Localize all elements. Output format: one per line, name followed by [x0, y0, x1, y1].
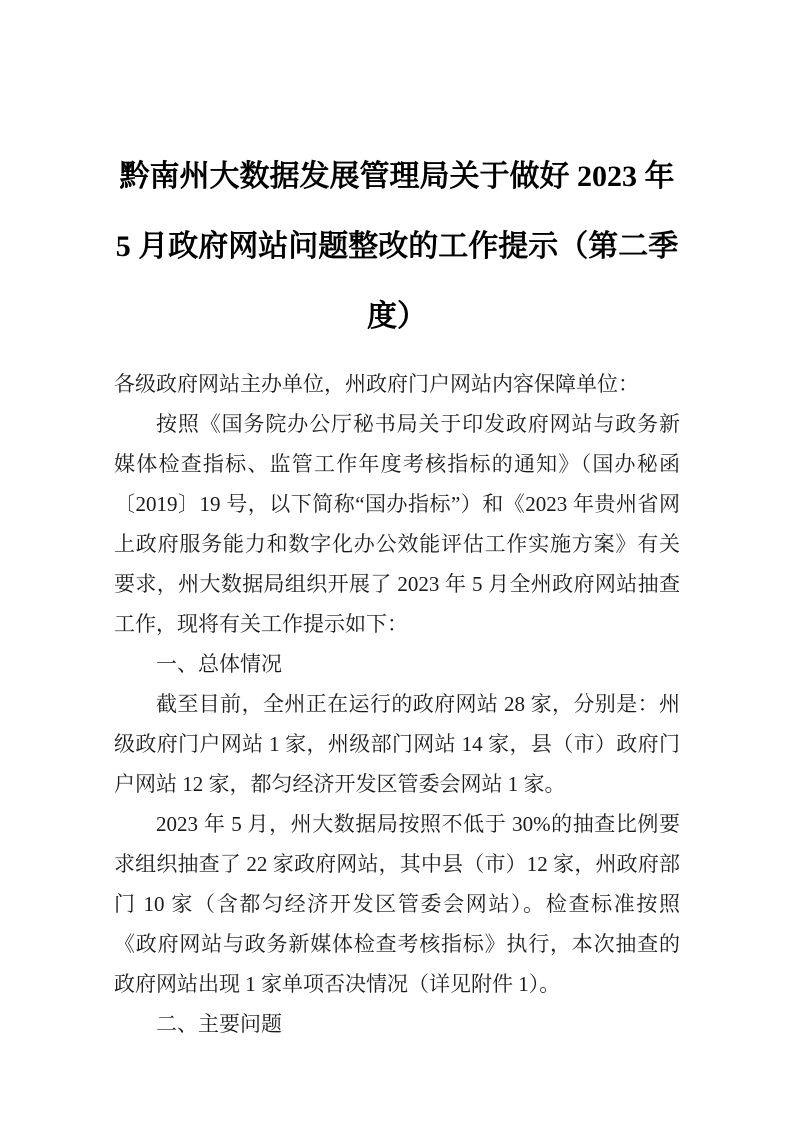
section-heading-problems: 二、主要问题: [114, 1004, 680, 1044]
paragraph-sampling-details: 2023 年 5 月，州大数据局按照不低于 30%的抽查比例要求组织抽查了 22…: [114, 804, 680, 1004]
section-heading-overall: 一、总体情况: [114, 644, 680, 684]
document-title: 黔南州大数据发展管理局关于做好 2023 年 5 月政府网站问题整改的工作提示（…: [114, 142, 680, 352]
document-page: 黔南州大数据发展管理局关于做好 2023 年 5 月政府网站问题整改的工作提示（…: [0, 0, 794, 1122]
paragraph-overall-situation: 截至目前，全州正在运行的政府网站 28 家，分别是：州级政府门户网站 1 家，州…: [114, 684, 680, 804]
document-body: 各级政府网站主办单位，州政府门户网站内容保障单位： 按照《国务院办公厅秘书局关于…: [114, 364, 680, 1044]
paragraph-intro: 按照《国务院办公厅秘书局关于印发政府网站与政务新媒体检查指标、监管工作年度考核指…: [114, 404, 680, 644]
paragraph-salutation: 各级政府网站主办单位，州政府门户网站内容保障单位：: [114, 364, 680, 404]
